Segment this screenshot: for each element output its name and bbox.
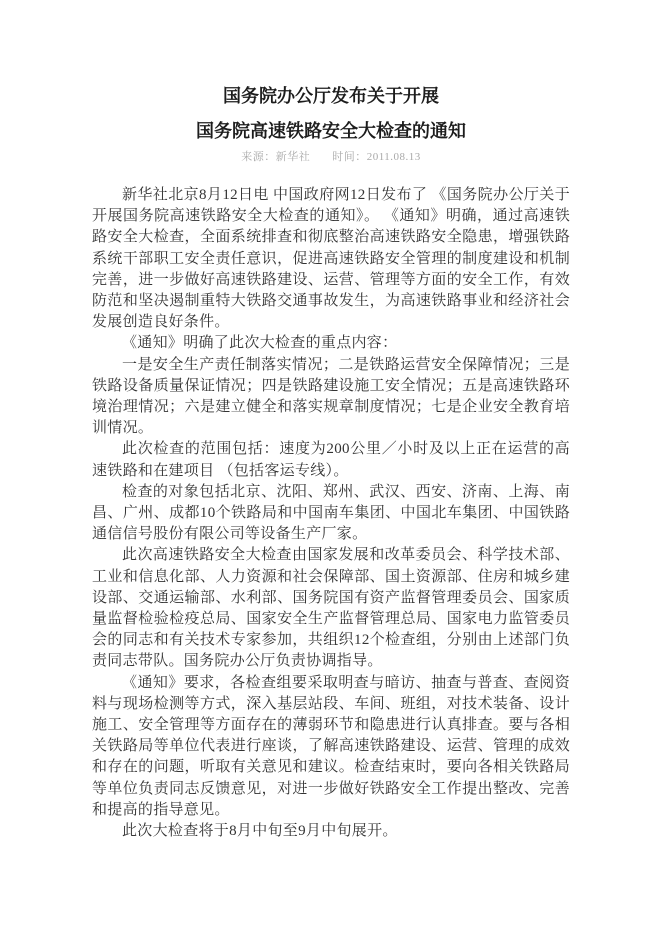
time-label: 时间： — [332, 151, 367, 163]
paragraph: 此次检查的范围包括：速度为200公里／小时及以上正在运营的高速铁路和在建项目 （… — [92, 439, 570, 481]
paragraph: 检查的对象包括北京、沈阳、郑州、武汉、西安、济南、上海、南昌、广州、成都10个铁… — [92, 482, 570, 546]
source-value: 新华社 — [276, 151, 311, 163]
paragraph: 一是安全生产责任制落实情况；二是铁路运营安全保障情况；三是铁路设备质量保证情况；… — [92, 355, 570, 440]
paragraph: 《通知》要求，各检查组要采取明查与暗访、抽查与普查、查阅资料与现场检测等方式，深… — [92, 673, 570, 821]
paragraph: 《通知》明确了此次大检查的重点内容： — [92, 333, 570, 354]
source-group: 来源：新华社 — [241, 151, 310, 163]
paragraph: 新华社北京8月12日电 中国政府网12日发布了 《国务院办公厅关于开展国务院高速… — [92, 185, 570, 333]
document-page: 国务院办公厅发布关于开展 国务院高速铁路安全大检查的通知 来源：新华社时间：20… — [0, 0, 661, 935]
source-label: 来源： — [241, 151, 276, 163]
document-title-line-1: 国务院办公厅发布关于开展 — [92, 86, 570, 106]
time-value: 2011.08.13 — [367, 151, 421, 163]
time-group: 时间：2011.08.13 — [332, 151, 421, 163]
paragraph: 此次大检查将于8月中旬至9月中旬展开。 — [92, 821, 570, 842]
paragraph: 此次高速铁路安全大检查由国家发展和改革委员会、科学技术部、工业和信息化部、人力资… — [92, 545, 570, 672]
document-title-line-2: 国务院高速铁路安全大检查的通知 — [92, 121, 570, 141]
document-content: 国务院办公厅发布关于开展 国务院高速铁路安全大检查的通知 来源：新华社时间：20… — [0, 0, 661, 842]
meta-line: 来源：新华社时间：2011.08.13 — [92, 150, 570, 164]
document-body: 新华社北京8月12日电 中国政府网12日发布了 《国务院办公厅关于开展国务院高速… — [92, 185, 570, 842]
